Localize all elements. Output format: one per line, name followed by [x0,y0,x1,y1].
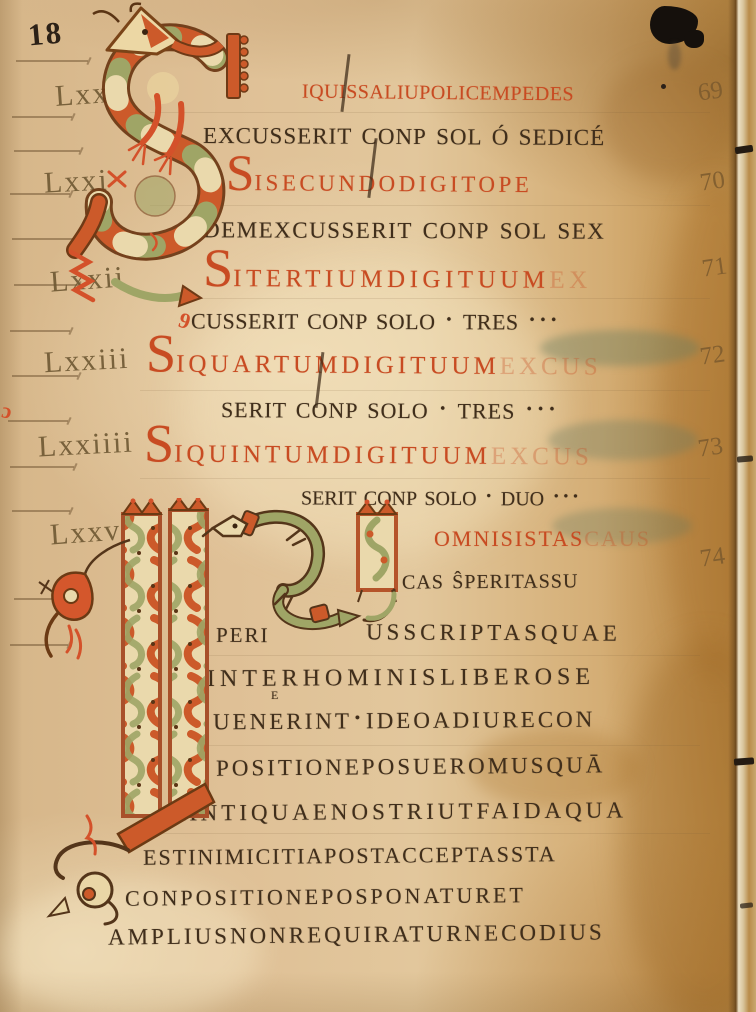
margin-number: 73 [696,432,725,463]
chapter-numeral: Lxxiiii [37,426,134,465]
ruling-line [140,478,710,479]
text-line: serit conp solo · tres ··· [221,389,558,427]
ink-blot [650,6,698,44]
rubric-line: omnisistascaus [434,518,651,554]
faded-text: caus [584,518,651,553]
bird-head-terminal-icon [49,816,128,924]
rubric-initial: S [146,323,177,383]
ink-dot [661,84,666,89]
margin-number: 71 [700,252,729,283]
rubric-initial: S [144,413,175,473]
manuscript-page: 18 Lxx Lxxi Lxxii Lxxiii Lxxiiii Lxxv 69… [0,0,756,1012]
ruling-tick [10,330,70,332]
faded-text: excus [500,343,602,383]
edge-mark [740,902,753,908]
rubric-text: iquartumdigituum [176,341,500,382]
rubric-line: Siquintumdigituumexcus [144,430,593,473]
chapter-numeral: Lxxiii [43,342,130,380]
edge-mark [737,455,753,462]
text-line: cas ŝperitassu [402,562,579,596]
initial-s-illumination [55,0,285,330]
rubric-text: iquintumdigituum [174,431,491,472]
ruling-tick [10,466,74,468]
ink-streak [668,42,681,70]
beast-head-icon [93,4,179,54]
faded-text: ex [549,257,592,296]
text-line: usscriptasquae [366,611,621,649]
pennant-flourish-icon [39,540,130,658]
edge-mark [734,757,754,765]
rubric-text: isecundodigitope [254,162,532,200]
initial-n-illumination [35,498,375,928]
margin-number: 70 [698,166,727,197]
edge-mark [735,145,754,154]
margin-number: 74 [698,542,727,573]
vine-beast-icon [203,510,359,626]
panel-initial-illumination [352,498,402,638]
margin-number: 69 [696,76,725,107]
stain [620,640,756,1012]
rubric-line: Siquartumdigituumexcus [146,340,602,383]
rubric-text: omnisistas [434,518,584,553]
ruling-tick [8,420,68,422]
margin-number: 72 [698,340,727,371]
faded-text: excus [491,433,593,473]
